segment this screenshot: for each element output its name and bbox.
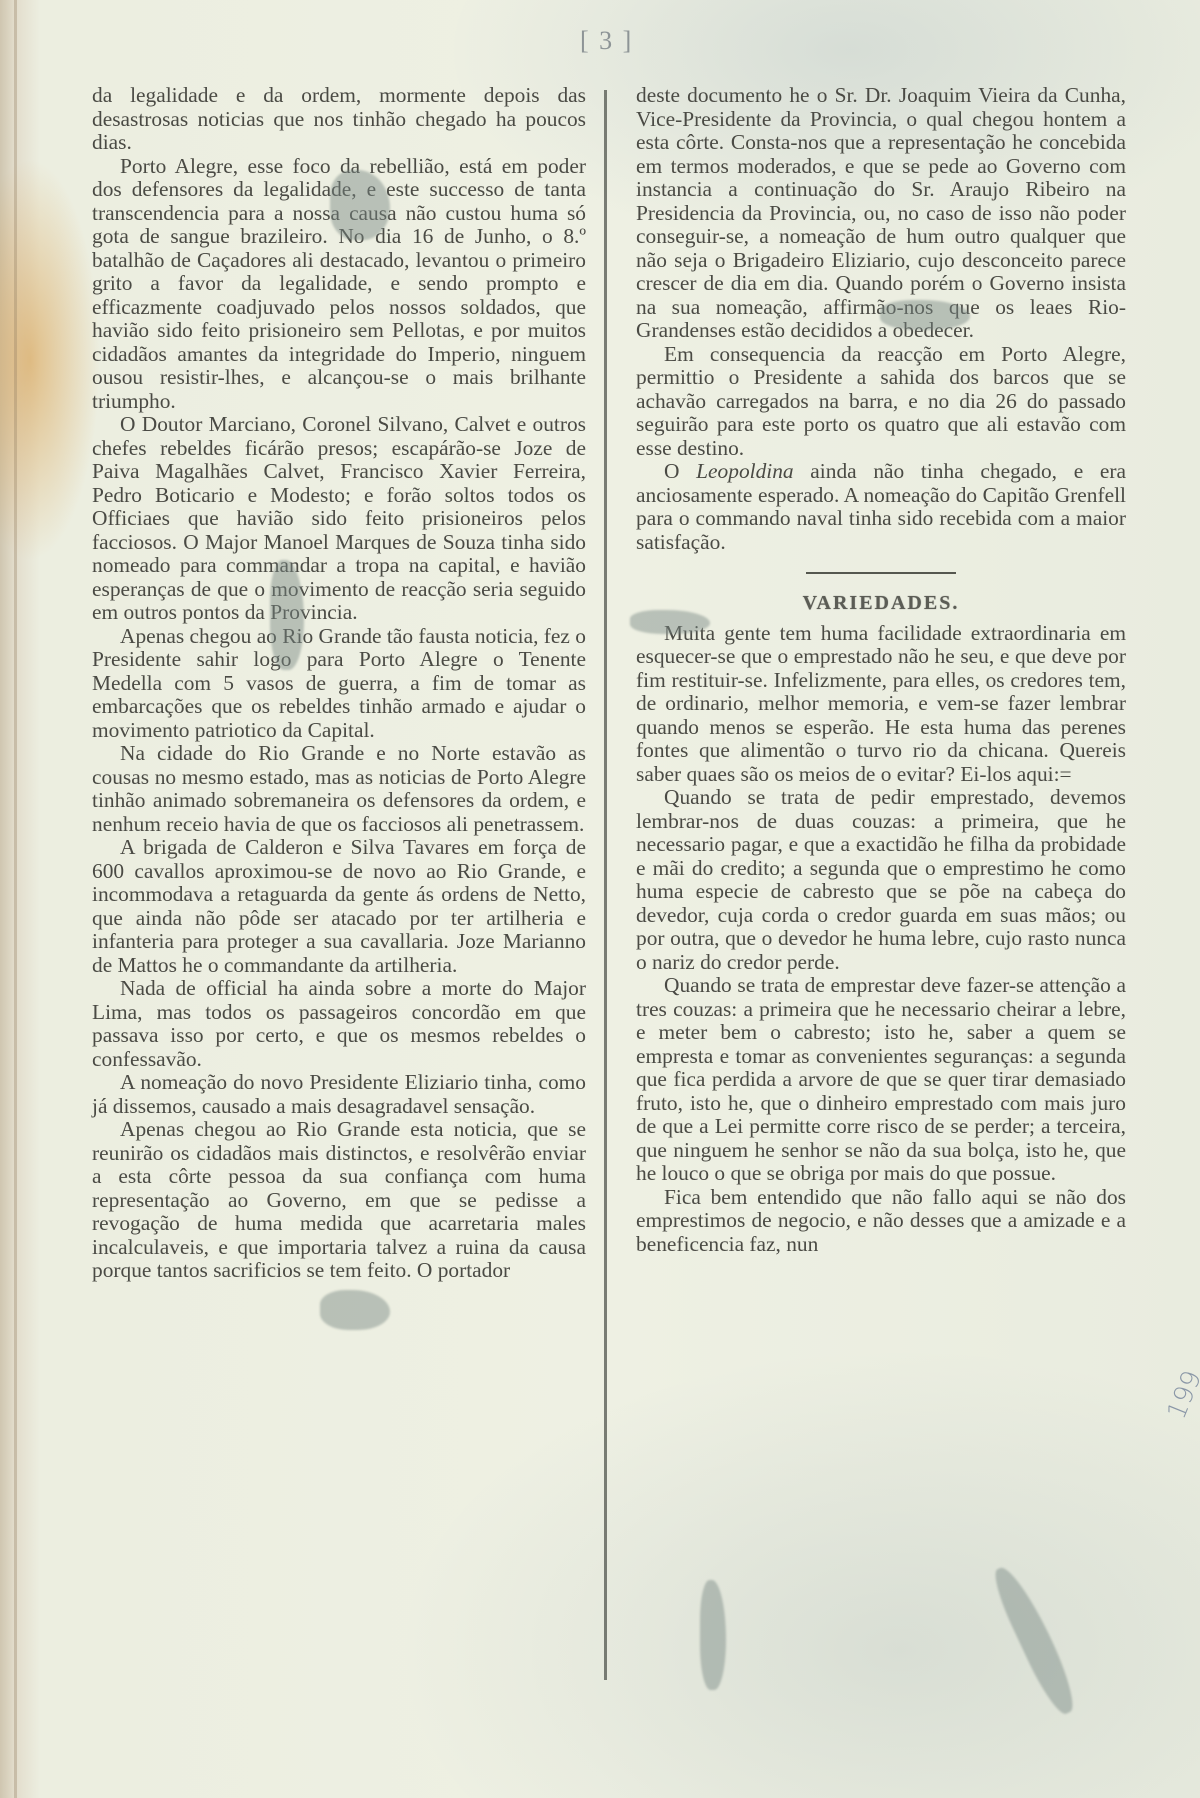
page-spine-shadow (14, 0, 17, 1798)
ship-name: Leopoldina (696, 459, 793, 483)
water-stain (700, 1580, 726, 1690)
paragraph: A brigada de Calderon e Silva Tavares em… (92, 836, 586, 977)
paragraph: O Doutor Marciano, Coronel Silvano, Calv… (92, 413, 586, 625)
paragraph: Na cidade do Rio Grande e no Norte estav… (92, 742, 586, 836)
paragraph: Apenas chegou ao Rio Grande tão fausta n… (92, 625, 586, 743)
water-stain (320, 1290, 390, 1330)
paragraph: Em consequencia da reacção em Porto Aleg… (636, 343, 1126, 461)
paragraph: Quando se trata de pedir emprestado, dev… (636, 786, 1126, 974)
paragraph: O Leopoldina ainda não tinha chegado, e … (636, 460, 1126, 554)
paragraph-lead: O (664, 459, 696, 483)
handwritten-margin-note: 199 (1162, 1366, 1200, 1423)
paragraph: Apenas chegou ao Rio Grande esta noticia… (92, 1118, 586, 1283)
paragraph: Fica bem entendido que não fallo aqui se… (636, 1186, 1126, 1257)
section-title: VARIEDADES. (636, 592, 1126, 616)
paragraph: Quando se trata de emprestar deve fazer-… (636, 974, 1126, 1186)
paragraph: Nada de official ha ainda sobre a morte … (92, 977, 586, 1071)
column-divider (604, 90, 607, 1680)
paragraph: Muita gente tem huma facilidade extraord… (636, 622, 1126, 787)
paragraph: deste documento he o Sr. Dr. Joaquim Vie… (636, 84, 1126, 343)
paragraph: Porto Alegre, esse foco da rebellião, es… (92, 155, 586, 414)
paragraph: A nomeação do novo Presidente Eliziario … (92, 1071, 586, 1118)
page-number: [ 3 ] (580, 26, 633, 56)
paragraph: da legalidade e da ordem, mormente depoi… (92, 84, 586, 155)
right-column: deste documento he o Sr. Dr. Joaquim Vie… (636, 84, 1126, 1256)
left-column: da legalidade e da ordem, mormente depoi… (92, 84, 586, 1283)
section-divider (806, 572, 956, 574)
water-stain (988, 1561, 1083, 1719)
newspaper-page: [ 3 ] da legalidade e da ordem, mormente… (0, 0, 1200, 1798)
